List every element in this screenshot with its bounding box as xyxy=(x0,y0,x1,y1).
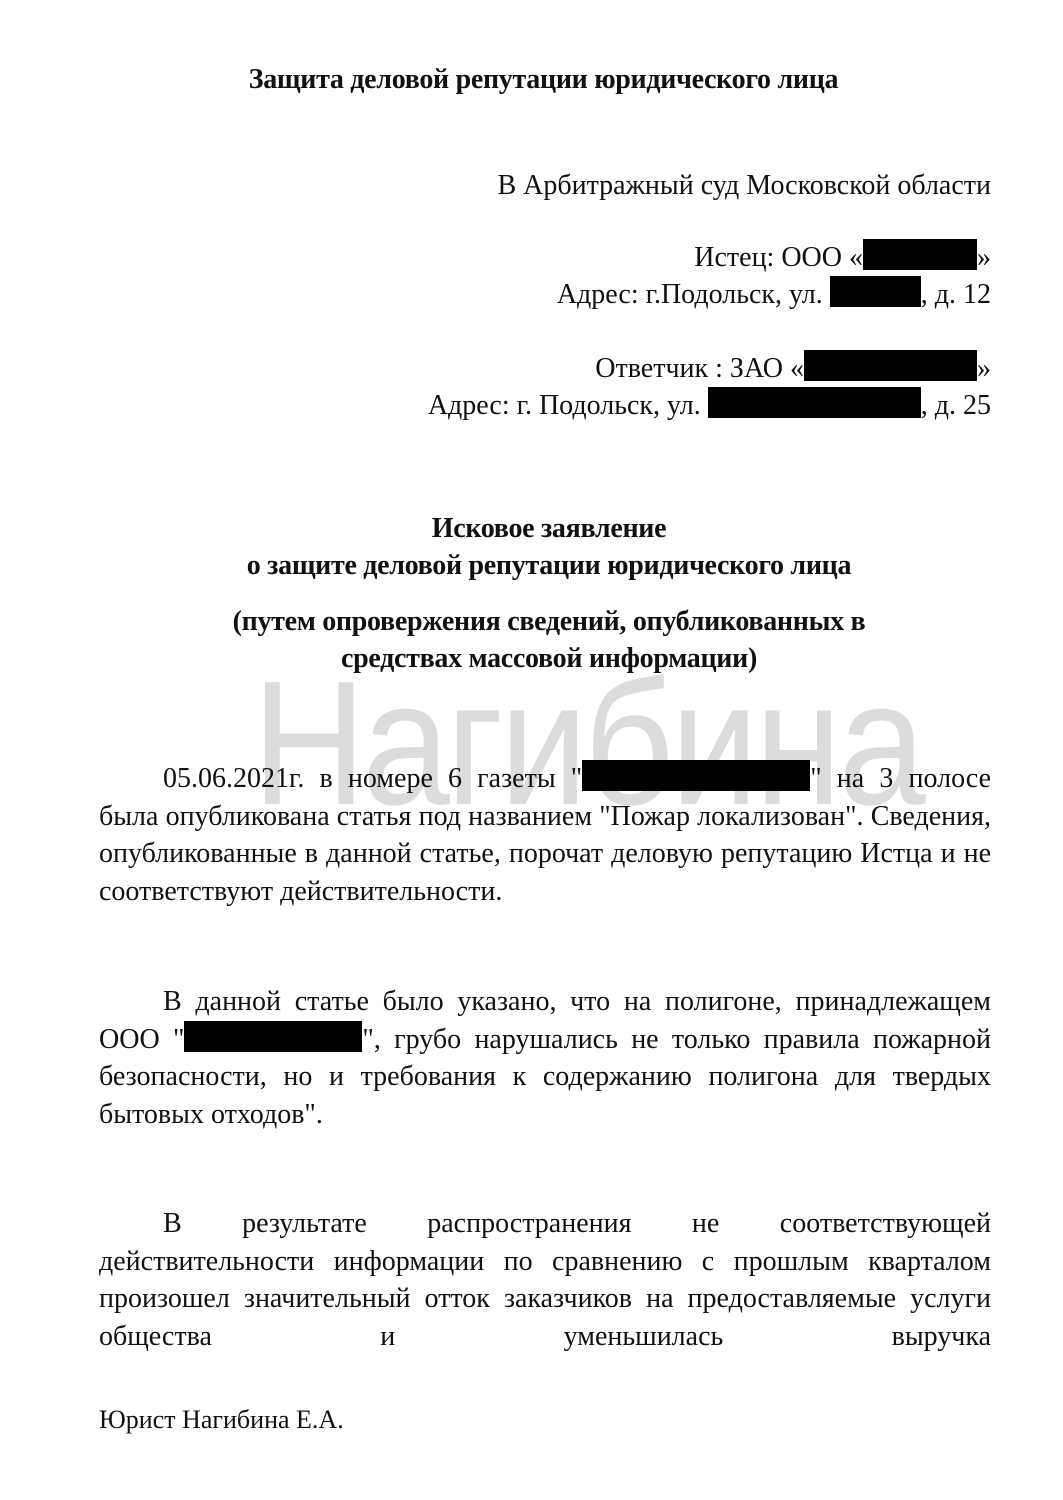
defendant-address-line: Адрес: г. Подольск, ул. , д. 25 xyxy=(428,387,991,424)
plaintiff-address-label: Адрес: г.Подольск, ул. xyxy=(557,279,830,310)
redacted-defendant-street xyxy=(708,387,921,418)
redacted-defendant-name xyxy=(804,350,977,381)
defendant-label: Ответчик : ЗАО « xyxy=(595,353,804,384)
defendant-address-label: Адрес: г. Подольск, ул. xyxy=(428,390,708,421)
claim-subtitle-line-2: средствах массовой информации) xyxy=(90,640,1008,677)
claim-subtitle: (путем опровержения сведений, опубликова… xyxy=(90,603,1008,677)
claim-title: Исковое заявление о защите деловой репут… xyxy=(90,510,1008,584)
plaintiff-label: Истец: ООО « xyxy=(694,242,863,273)
redacted-company-name xyxy=(184,1021,362,1052)
quote-close: » xyxy=(977,353,991,384)
plaintiff-block: Истец: ООО «» Адрес: г.Подольск, ул. , д… xyxy=(557,239,991,313)
plaintiff-address-line: Адрес: г.Подольск, ул. , д. 12 xyxy=(557,276,991,313)
court-addressee: В Арбитражный суд Московской области xyxy=(497,167,991,204)
defendant-house-number: , д. 25 xyxy=(921,390,991,421)
claim-title-line-1: Исковое заявление xyxy=(90,510,1008,547)
redacted-plaintiff-street xyxy=(830,276,921,307)
document-title: Защита деловой репутации юридического ли… xyxy=(0,64,1063,96)
defendant-block: Ответчик : ЗАО «» Адрес: г. Подольск, ул… xyxy=(428,350,991,424)
signature: Юрист Нагибина Е.А. xyxy=(99,1405,344,1435)
redacted-plaintiff-name xyxy=(863,239,977,270)
paragraph-text: 05.06.2021г. в номере 6 газеты " xyxy=(163,763,582,794)
claim-subtitle-line-1: (путем опровержения сведений, опубликова… xyxy=(90,603,1008,640)
document-page: Защита деловой репутации юридического ли… xyxy=(0,0,1063,1500)
paragraph-publication: 05.06.2021г. в номере 6 газеты "" на 3 п… xyxy=(99,760,991,910)
plaintiff-house-number: , д. 12 xyxy=(921,279,991,310)
redacted-newspaper-name xyxy=(582,760,810,791)
plaintiff-name-line: Истец: ООО «» xyxy=(557,239,991,276)
defendant-name-line: Ответчик : ЗАО «» xyxy=(428,350,991,387)
paragraph-article-claims: В данной статье было указано, что на пол… xyxy=(99,983,991,1133)
quote-close: » xyxy=(977,242,991,273)
paragraph-consequences: В результате распространения не соответс… xyxy=(99,1205,991,1355)
claim-title-line-2: о защите деловой репутации юридического … xyxy=(90,547,1008,584)
